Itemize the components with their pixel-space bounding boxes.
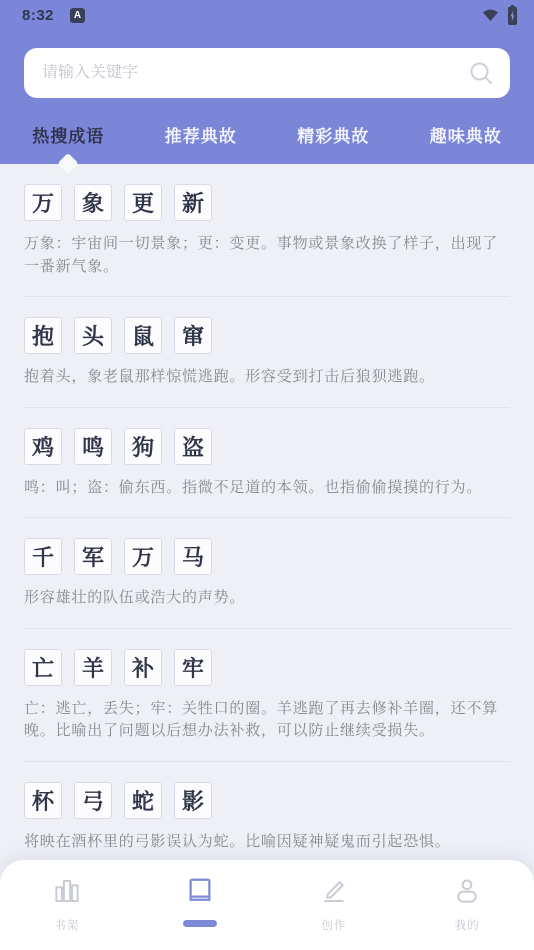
char-tile: 羊	[74, 649, 112, 686]
idiom-card-qianjunwanma[interactable]: 千 军 万 马 形容雄壮的队伍或浩大的声势。	[0, 518, 534, 629]
char-tile: 牢	[174, 649, 212, 686]
battery-icon	[507, 5, 518, 25]
idiom-card-beigongsheying[interactable]: 杯 弓 蛇 影 将映在酒杯里的弓影误认为蛇。比喻因疑神疑鬼而引起恐惧。	[0, 762, 534, 873]
char-tile: 鼠	[124, 317, 162, 354]
user-icon	[452, 876, 482, 911]
idiom-description: 形容雄壮的队伍或浩大的声势。	[24, 587, 510, 610]
char-tile: 蛇	[124, 782, 162, 819]
bookshelf-icon	[52, 876, 82, 911]
active-nav-indicator	[183, 920, 217, 927]
char-tile: 更	[124, 184, 162, 221]
category-tabs: 热搜成语 推荐典故 精彩典故 趣味典故	[0, 98, 534, 164]
char-tile: 千	[24, 538, 62, 575]
char-tile: 万	[124, 538, 162, 575]
char-tile: 亡	[24, 649, 62, 686]
char-tile: 新	[174, 184, 212, 221]
char-tile: 马	[174, 538, 212, 575]
idiom-characters: 杯 弓 蛇 影	[24, 782, 510, 819]
char-tile: 窜	[174, 317, 212, 354]
tab-label: 趣味典故	[430, 127, 502, 146]
char-tile: 鸡	[24, 428, 62, 465]
book-icon	[185, 876, 215, 911]
tab-label: 热搜成语	[32, 127, 104, 146]
app-header: 8:32 A 热搜成语	[0, 0, 534, 164]
tab-label: 精彩典故	[297, 127, 369, 146]
tab-hot-idioms[interactable]: 热搜成语	[2, 122, 135, 164]
tab-highlights[interactable]: 精彩典故	[267, 122, 400, 164]
idiom-card-baotoushucuan[interactable]: 抱 头 鼠 窜 抱着头，象老鼠那样惊慌逃跑。形容受到打击后狼狈逃跑。	[0, 297, 534, 408]
idiom-card-wangyangbulao[interactable]: 亡 羊 补 牢 亡：逃亡，丢失；牢：关牲口的圈。羊逃跑了再去修补羊圈，还不算晚。…	[0, 629, 534, 762]
nav-label: 书架	[54, 917, 79, 933]
search-bar[interactable]	[24, 48, 510, 98]
char-tile: 盗	[174, 428, 212, 465]
wifi-icon	[481, 7, 500, 23]
char-tile: 头	[74, 317, 112, 354]
idiom-list: 万 象 更 新 万象：宇宙间一切景象；更：变更。事物或景象改换了样子，出现了一番…	[0, 164, 534, 872]
idiom-description: 万象：宇宙间一切景象；更：变更。事物或景象改换了样子，出现了一番新气象。	[24, 233, 510, 278]
nav-item-profile[interactable]: 我的	[401, 876, 534, 933]
char-tile: 弓	[74, 782, 112, 819]
char-tile: 军	[74, 538, 112, 575]
nav-item-create[interactable]: 创作	[267, 876, 401, 933]
idiom-characters: 鸡 鸣 狗 盗	[24, 428, 510, 465]
idiom-characters: 亡 羊 补 牢	[24, 649, 510, 686]
pencil-icon	[319, 876, 349, 911]
nav-label: 我的	[455, 917, 480, 933]
idiom-description: 抱着头，象老鼠那样惊慌逃跑。形容受到打击后狼狈逃跑。	[24, 366, 510, 389]
search-input[interactable]	[42, 64, 468, 82]
idiom-card-wanxianggengxin[interactable]: 万 象 更 新 万象：宇宙间一切景象；更：变更。事物或景象改换了样子，出现了一番…	[0, 164, 534, 297]
status-bar: 8:32 A	[0, 0, 534, 28]
tab-fun[interactable]: 趣味典故	[400, 122, 533, 164]
nav-item-idioms-active[interactable]	[134, 876, 268, 927]
char-tile: 补	[124, 649, 162, 686]
idiom-description: 鸣：叫；盗：偷东西。指微不足道的本领。也指偷偷摸摸的行为。	[24, 477, 510, 500]
char-tile: 抱	[24, 317, 62, 354]
bottom-nav: 书架 创作 我的	[0, 860, 534, 950]
idiom-characters: 万 象 更 新	[24, 184, 510, 221]
idiom-characters: 千 军 万 马	[24, 538, 510, 575]
idiom-description: 将映在酒杯里的弓影误认为蛇。比喻因疑神疑鬼而引起恐惧。	[24, 831, 510, 854]
idiom-card-jiminggoudao[interactable]: 鸡 鸣 狗 盗 鸣：叫；盗：偷东西。指微不足道的本领。也指偷偷摸摸的行为。	[0, 408, 534, 519]
char-tile: 象	[74, 184, 112, 221]
char-tile: 狗	[124, 428, 162, 465]
idiom-description: 亡：逃亡，丢失；牢：关牲口的圈。羊逃跑了再去修补羊圈，还不算晚。比喻出了问题以后…	[24, 698, 510, 743]
nav-label: 创作	[321, 917, 346, 933]
idiom-characters: 抱 头 鼠 窜	[24, 317, 510, 354]
notification-app-icon: A	[70, 8, 85, 23]
clock: 8:32	[22, 7, 54, 24]
nav-item-bookshelf[interactable]: 书架	[0, 876, 134, 933]
char-tile: 影	[174, 782, 212, 819]
search-icon[interactable]	[468, 60, 494, 86]
char-tile: 万	[24, 184, 62, 221]
char-tile: 杯	[24, 782, 62, 819]
tab-label: 推荐典故	[165, 127, 237, 146]
char-tile: 鸣	[74, 428, 112, 465]
tab-recommended[interactable]: 推荐典故	[135, 122, 268, 164]
